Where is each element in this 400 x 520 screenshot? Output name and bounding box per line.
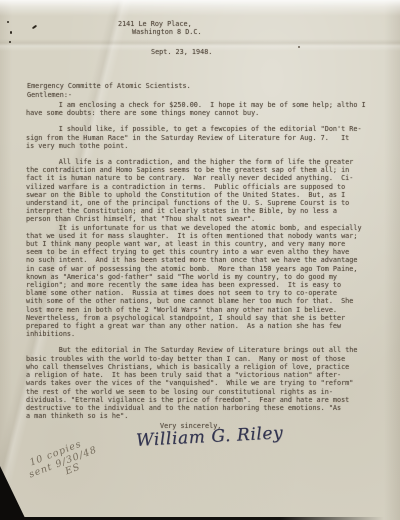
paragraph: I am enclosing a check for $250.00. I ho… xyxy=(26,101,382,117)
sender-address: 2141 Le Roy Place, Washington 8 D.C. xyxy=(118,20,202,37)
paragraph: But the editorial in The Saturday Review… xyxy=(26,346,382,420)
paper-speck xyxy=(7,21,9,23)
paragraph: I should like, if possible, to get a few… xyxy=(26,125,382,150)
paper-speck xyxy=(9,41,11,43)
paragraph: It is unfortunate for us that we develop… xyxy=(26,224,382,339)
recipient-block: Emergency Committe of Atomic Scientists.… xyxy=(27,82,191,100)
paragraph: All life is a contradiction, and the hig… xyxy=(26,158,382,224)
recipient-name: Emergency Committe of Atomic Scientists. xyxy=(27,82,191,91)
scanned-letter: 2141 Le Roy Place, Washington 8 D.C. Sep… xyxy=(0,0,400,520)
letter-date: Sept. 23, 1948. xyxy=(151,48,212,56)
paper-speck xyxy=(298,46,300,48)
sender-address-line2: Washington 8 D.C. xyxy=(132,28,202,36)
salutation: Gentlemen:- xyxy=(27,91,191,100)
letter-body: I am enclosing a check for $250.00. I ho… xyxy=(26,101,382,428)
paper-speck xyxy=(10,31,12,34)
